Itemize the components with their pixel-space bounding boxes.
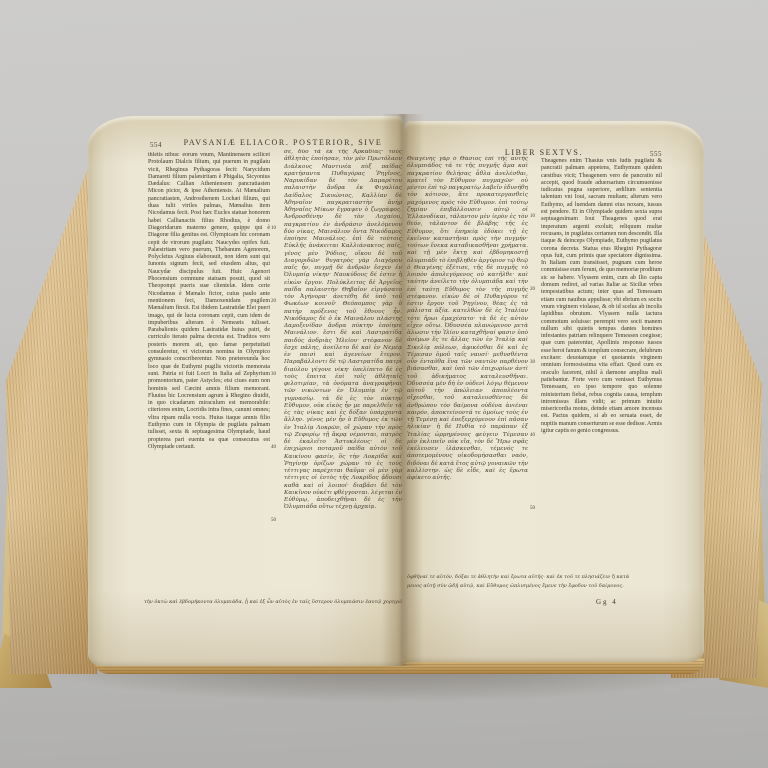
footnote-line-1-right-page: ὀφθῆναί τε αὐτόν, δόξαι τε ἀθλητὴν καὶ ἔ… <box>407 573 671 581</box>
latin-text-column-left-page: thletis nibus: eorum vnum, Mantinensem s… <box>148 152 270 590</box>
greek-text-column-right-page: Θεαγένης γὰρ ὁ Θάσιος ἐπὶ τῆς αὐτῆς ὀλυμ… <box>407 156 528 586</box>
left-page: 554 PAVSANIÆ ELIACOR. POSTERIOR, SIVE th… <box>88 116 404 666</box>
line-number: 20 <box>530 287 535 292</box>
line-number: 40 <box>530 433 535 438</box>
right-page: LIBER SEXTVS. 555 Θεαγένης γὰρ ὁ Θάσιος … <box>404 121 704 662</box>
line-number: 10 <box>271 226 276 231</box>
greek-text-column-left-page: σε, δύο τὰ ἐκ τῆς Ἀρκαδίας· τοὺς ἀθλητὰς… <box>284 149 402 591</box>
latin-text-column-right-page: Theagenes enim Thasius vnis ludis pugila… <box>541 158 662 576</box>
footnote-line-2-right-page: μενος αὐτῇ σὺν ᾠδῇ αὐτῷ, καὶ Εὔθυμος ὡπλ… <box>407 582 671 590</box>
page-number-left: 554 <box>150 141 162 149</box>
page-number-right: 555 <box>650 150 662 158</box>
footnote-left-page: τὴν ὀκτὼ καὶ ἑβδομήκοντα ὀλυμπιάδα, ᾗ κα… <box>144 598 402 606</box>
line-number: 50 <box>530 506 535 511</box>
line-number: 50 <box>271 518 276 523</box>
running-title-left: PAVSANIÆ ELIACOR. POSTERIOR, SIVE <box>168 138 398 147</box>
line-number: 40 <box>271 445 276 450</box>
line-number: 20 <box>271 299 276 304</box>
signature-mark: Gg 4 <box>596 598 618 606</box>
line-number: 10 <box>530 214 535 219</box>
line-number: 30 <box>530 360 535 365</box>
line-number: 30 <box>271 372 276 377</box>
